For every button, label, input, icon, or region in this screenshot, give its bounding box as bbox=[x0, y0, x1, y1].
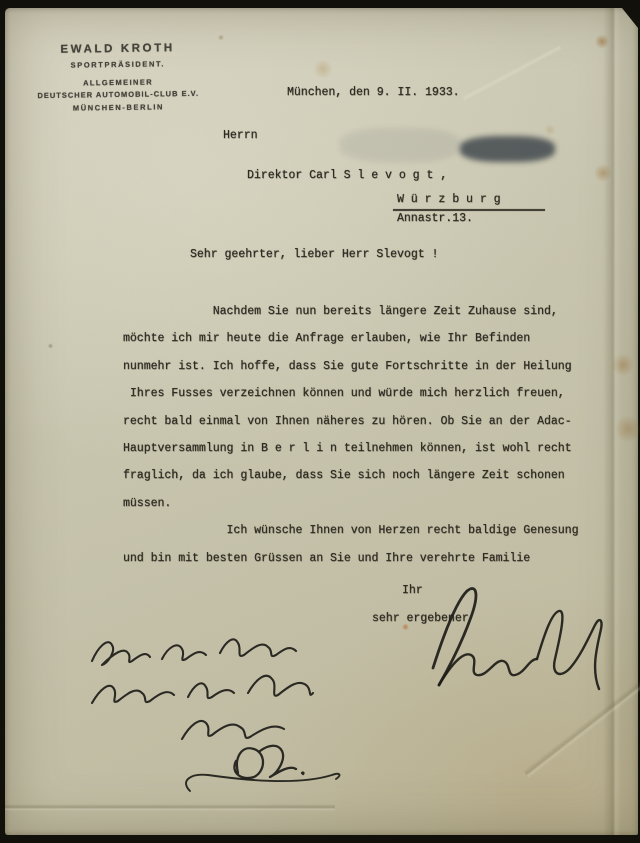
paper-stain bbox=[593, 164, 613, 182]
letterhead-name: EWALD KROTH bbox=[13, 42, 223, 57]
city-underline bbox=[393, 209, 545, 211]
paper-stain bbox=[594, 34, 610, 49]
ink-stroke bbox=[302, 773, 303, 774]
typed-line: Ihres Fusses verzeichnen können und würd… bbox=[123, 380, 603, 407]
ink-stroke bbox=[162, 645, 206, 660]
letterhead-org-line1: ALLGEMEINER bbox=[13, 77, 223, 89]
ghost-impression bbox=[460, 136, 555, 162]
paper-crease bbox=[462, 45, 562, 102]
typed-line: müssen. bbox=[123, 490, 603, 517]
paper-crease bbox=[603, 8, 621, 835]
paper-stain bbox=[312, 60, 334, 78]
typed-line: Ich wünsche Ihnen von Herzen recht baldi… bbox=[123, 517, 603, 544]
ink-stroke bbox=[188, 683, 234, 698]
paper-stain bbox=[611, 354, 635, 376]
letterhead: EWALD KROTH SPORTPRÄSIDENT. ALLGEMEINER … bbox=[13, 42, 224, 114]
signature-kroth bbox=[403, 573, 618, 708]
paper-stain bbox=[543, 124, 557, 136]
typed-line: recht bald einmal von Ihnen näheres zu h… bbox=[123, 408, 603, 435]
typed-line: Hauptversammlung in B e r l i n teilnehm… bbox=[123, 435, 603, 462]
typed-line: Nachdem Sie nun bereits längere Zeit Zuh… bbox=[123, 298, 603, 325]
ghost-impression bbox=[340, 128, 460, 162]
photo-corner-wedge bbox=[622, 8, 638, 28]
photo-background: { "colors": { "paper": "#c9c6b0", "paper… bbox=[0, 0, 640, 843]
letterhead-org-line3: MÜNCHEN-BERLIN bbox=[13, 102, 223, 114]
recipient-street: Annastr.13. bbox=[397, 212, 473, 225]
paper-stain bbox=[47, 343, 54, 349]
ink-stroke bbox=[220, 639, 296, 656]
ink-stroke bbox=[433, 589, 476, 685]
recipient-city: W ü r z b u r g bbox=[397, 193, 501, 206]
ink-stroke bbox=[92, 642, 150, 665]
ink-stroke bbox=[537, 611, 602, 689]
ink-stroke bbox=[186, 774, 339, 791]
typed-line: nunmehr ist. Ich hoffe, dass Sie gute Fo… bbox=[123, 353, 603, 380]
typed-line: fraglich, da ich glaube, dass Sie sich n… bbox=[123, 462, 603, 489]
recipient-name: Direktor Carl S l e v o g t , bbox=[247, 169, 447, 182]
ink-stroke bbox=[234, 748, 263, 778]
salutation: Sehr geehrter, lieber Herr Slevogt ! bbox=[190, 248, 438, 261]
paper-stain bbox=[217, 34, 225, 41]
ink-stroke bbox=[260, 746, 296, 777]
letter-paper: EWALD KROTH SPORTPRÄSIDENT. ALLGEMEINER … bbox=[5, 8, 638, 835]
paper-stain bbox=[615, 414, 640, 444]
typed-line: und bin mit besten Grüssen an Sie und Ih… bbox=[123, 545, 603, 572]
ink-stroke bbox=[248, 676, 313, 696]
handwritten-note bbox=[70, 623, 360, 808]
dateline: München, den 9. II. 1933. bbox=[287, 86, 460, 99]
ink-stroke bbox=[182, 721, 284, 739]
ink-stroke bbox=[92, 686, 174, 703]
recipient-prefix: Herrn bbox=[223, 129, 258, 142]
letterhead-title: SPORTPRÄSIDENT. bbox=[13, 59, 223, 71]
typed-line: möchte ich mir heute die Anfrage erlaube… bbox=[123, 325, 603, 352]
letter-body: Nachdem Sie nun bereits längere Zeit Zuh… bbox=[123, 298, 603, 572]
letterhead-org-line2: DEUTSCHER AUTOMOBIL-CLUB E.V. bbox=[13, 89, 223, 101]
